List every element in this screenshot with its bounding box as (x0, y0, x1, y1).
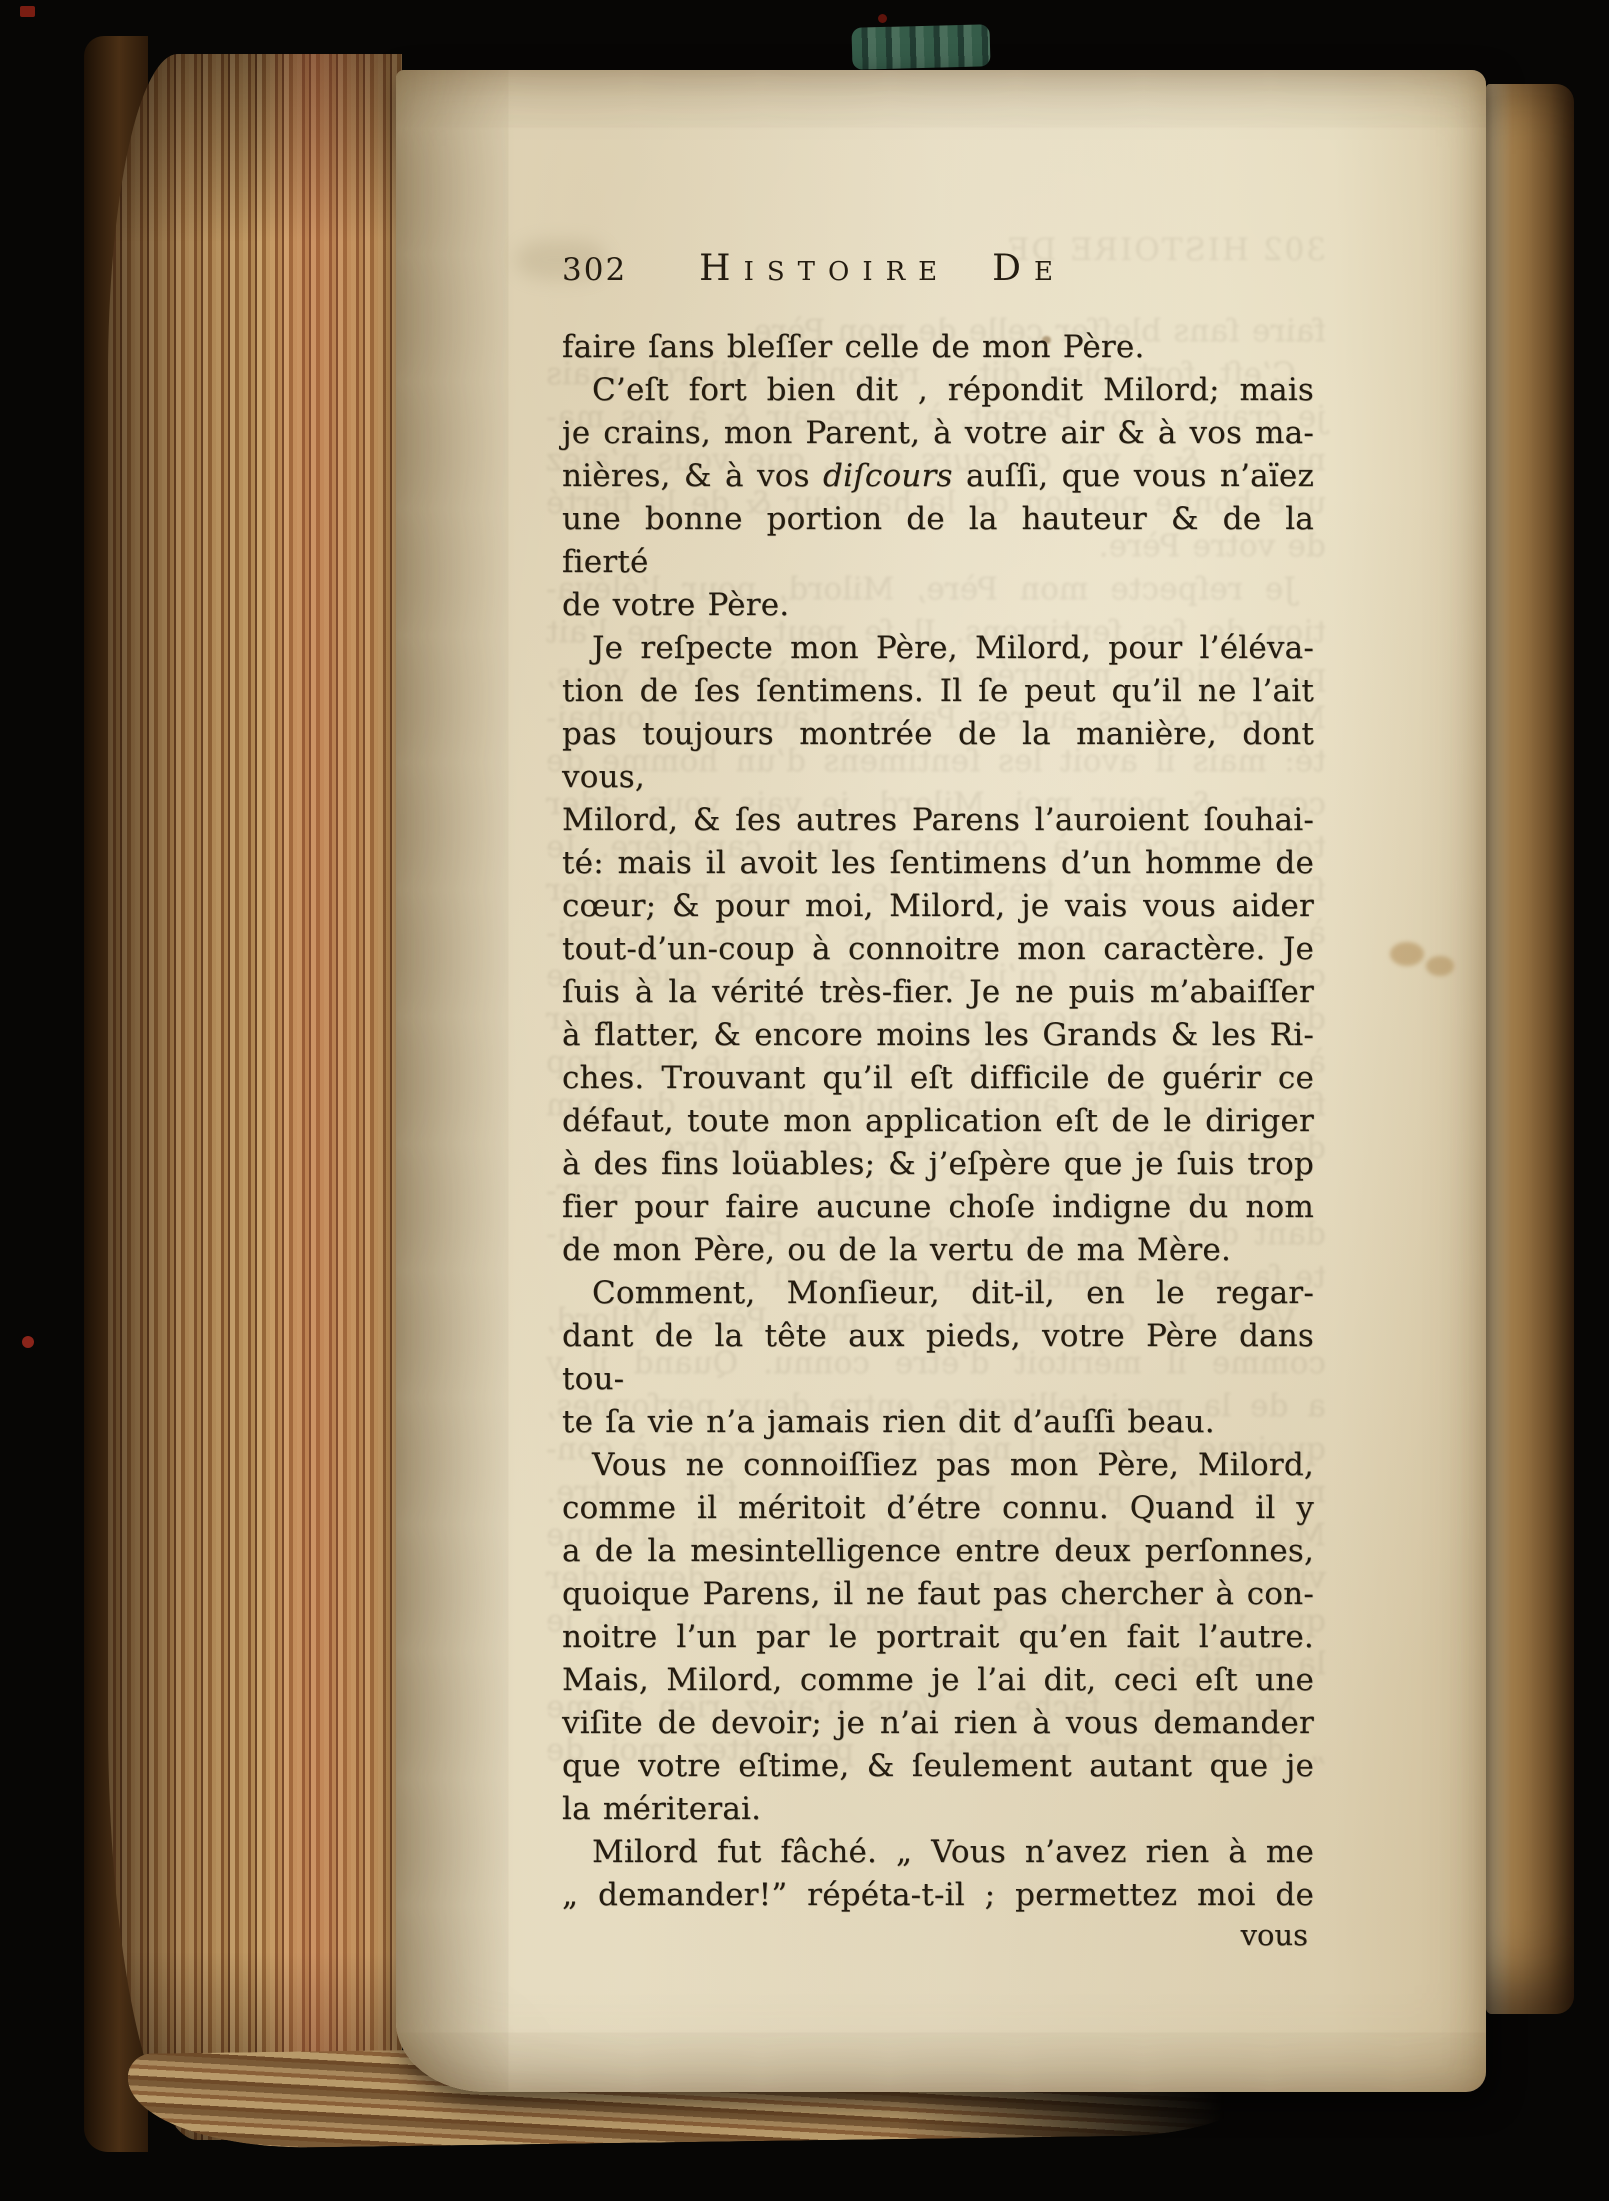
line-text: faire ſans bleſſer celle de mon Père. (562, 329, 1145, 365)
line-text: tout-d’un-coup à connoitre mon caractère… (562, 931, 1314, 967)
text-line: a de la mesintelligence entre deux perſo… (562, 1530, 1314, 1573)
line-text: té: mais il avoit les ſentimens d’un hom… (562, 845, 1314, 881)
text-line: Mais, Milord, comme je l’ai dit, ceci eſ… (562, 1659, 1314, 1702)
italic-word: diſcours (823, 458, 953, 494)
next-page-edge (1486, 84, 1574, 2014)
foxing-stain (1390, 942, 1424, 966)
text-line: quoique Parens, il ne faut pas chercher … (562, 1573, 1314, 1616)
text-line: Milord, & ſes autres Parens l’auroient ſ… (562, 799, 1314, 842)
text-line: défaut, toute mon application eſt de le … (562, 1100, 1314, 1143)
line-text: que votre eſtime, & ſeulement autant que… (562, 1748, 1314, 1784)
line-text: une bonne portion de la hauteur & de la … (562, 501, 1314, 580)
text-line: te ſa vie n’a jamais rien dit d’auſſi be… (562, 1401, 1314, 1444)
catchword: vous (562, 1918, 1314, 1952)
text-line: à des fins loüables; & j’eſpère que je ſ… (562, 1143, 1314, 1186)
line-text: Milord fut fâché. „ Vous n’avez rien à m… (592, 1834, 1314, 1870)
text-line: tion de ſes ſentimens. Il ſe peut qu’il … (562, 670, 1314, 713)
text-line: Je reſpecte mon Père, Milord, pour l’élé… (562, 627, 1314, 670)
line-text: Vous ne connoiſſiez pas mon Père, Milord… (592, 1447, 1314, 1483)
text-line: que votre eſtime, & ſeulement autant que… (562, 1745, 1314, 1788)
red-speck (22, 1336, 34, 1348)
text-line: nières, & à vos diſcours auſſi, que vous… (562, 455, 1314, 498)
folio-number: 302 (562, 252, 627, 288)
text-line: Vous ne connoiſſiez pas mon Père, Milord… (562, 1444, 1314, 1487)
text-block: 302 HISTOIREDE faire ſans bleſſer celle … (562, 248, 1314, 1952)
running-title-word: HISTOIRE (699, 248, 950, 289)
text-line: la mériterai. (562, 1788, 1314, 1831)
line-text: de votre Père. (562, 587, 789, 623)
foxing-stain (1426, 956, 1454, 976)
running-title: HISTOIREDE (699, 248, 1066, 289)
line-text: ches. Trouvant qu’il eſt difficile de gu… (562, 1060, 1314, 1096)
text-line: de votre Père. (562, 584, 1314, 627)
line-text: je crains, mon Parent, à votre air & à v… (562, 415, 1314, 451)
line-text: comme il méritoit d’étre connu. Quand il… (562, 1490, 1314, 1526)
text-line: faire ſans bleſſer celle de mon Père. (562, 326, 1314, 369)
text-line: tout-d’un-coup à connoitre mon caractère… (562, 928, 1314, 971)
text-line: une bonne portion de la hauteur & de la … (562, 498, 1314, 584)
body-lines: faire ſans bleſſer celle de mon Père.C’e… (562, 326, 1314, 1917)
line-text: défaut, toute mon application eſt de le … (562, 1103, 1314, 1139)
line-text: la mériterai. (562, 1791, 761, 1827)
text-line: ſuis à la vérité très-fier. Je ne puis m… (562, 971, 1314, 1014)
line-text: fier pour faire aucune choſe indigne du … (562, 1189, 1314, 1225)
text-line: pas toujours montrée de la manière, dont… (562, 713, 1314, 799)
line-text: pas toujours montrée de la manière, dont… (562, 716, 1314, 795)
line-text: „ demander!” répéta-t-il ; permettez moi… (562, 1877, 1314, 1913)
text-line: Milord fut fâché. „ Vous n’avez rien à m… (562, 1831, 1314, 1874)
text-line: je crains, mon Parent, à votre air & à v… (562, 412, 1314, 455)
line-text: Je reſpecte mon Père, Milord, pour l’élé… (592, 630, 1314, 666)
line-text: Milord, & ſes autres Parens l’auroient ſ… (562, 802, 1314, 838)
line-text: auſſi, que vous n’aïez (953, 458, 1314, 494)
text-line: „ demander!” répéta-t-il ; permettez moi… (562, 1874, 1314, 1917)
line-text: dant de la tête aux pieds, votre Père da… (562, 1318, 1314, 1397)
line-text: noitre l’un par le portrait qu’en fait l… (562, 1619, 1314, 1655)
line-text: à des fins loüables; & j’eſpère que je ſ… (562, 1146, 1314, 1182)
running-title-word: DE (992, 248, 1066, 289)
line-text: quoique Parens, il ne faut pas chercher … (562, 1576, 1314, 1612)
line-text: ſuis à la vérité très-fier. Je ne puis m… (562, 974, 1314, 1010)
page-edges-left (108, 54, 402, 2140)
red-speck (878, 14, 887, 23)
text-line: ches. Trouvant qu’il eſt difficile de gu… (562, 1057, 1314, 1100)
line-text: te ſa vie n’a jamais rien dit d’auſſi be… (562, 1404, 1215, 1440)
book-photo: 302 HISTOIRE DE faire ſans bleſſer celle… (0, 0, 1609, 2201)
line-text: cœur; & pour moi, Milord, je vais vous a… (562, 888, 1314, 924)
line-text: tion de ſes ſentimens. Il ſe peut qu’il … (562, 673, 1314, 709)
text-line: viſite de devoir; je n’ai rien à vous de… (562, 1702, 1314, 1745)
text-line: cœur; & pour moi, Milord, je vais vous a… (562, 885, 1314, 928)
text-line: de mon Père, ou de la vertu de ma Mère. (562, 1229, 1314, 1272)
book-page: 302 HISTOIRE DE faire ſans bleſſer celle… (396, 70, 1486, 2092)
running-header: 302 HISTOIREDE (562, 248, 1314, 300)
text-line: té: mais il avoit les ſentimens d’un hom… (562, 842, 1314, 885)
line-text: de mon Père, ou de la vertu de ma Mère. (562, 1232, 1231, 1268)
line-text: C’eſt fort bien dit , répondit Milord; m… (592, 372, 1314, 408)
headband (851, 24, 990, 70)
line-text: a de la mesintelligence entre deux perſo… (562, 1533, 1314, 1569)
text-line: à flatter, & encore moins les Grands & l… (562, 1014, 1314, 1057)
line-text: Comment, Monſieur, dit-il, en le regar- (592, 1275, 1314, 1311)
red-speck (20, 6, 35, 17)
line-text: à flatter, & encore moins les Grands & l… (562, 1017, 1314, 1053)
text-line: C’eſt fort bien dit , répondit Milord; m… (562, 369, 1314, 412)
line-text: nières, & à vos (562, 458, 823, 494)
line-text: viſite de devoir; je n’ai rien à vous de… (562, 1705, 1314, 1741)
line-text: Mais, Milord, comme je l’ai dit, ceci eſ… (562, 1662, 1314, 1698)
text-line: fier pour faire aucune choſe indigne du … (562, 1186, 1314, 1229)
text-line: comme il méritoit d’étre connu. Quand il… (562, 1487, 1314, 1530)
text-line: Comment, Monſieur, dit-il, en le regar- (562, 1272, 1314, 1315)
text-line: noitre l’un par le portrait qu’en fait l… (562, 1616, 1314, 1659)
text-line: dant de la tête aux pieds, votre Père da… (562, 1315, 1314, 1401)
